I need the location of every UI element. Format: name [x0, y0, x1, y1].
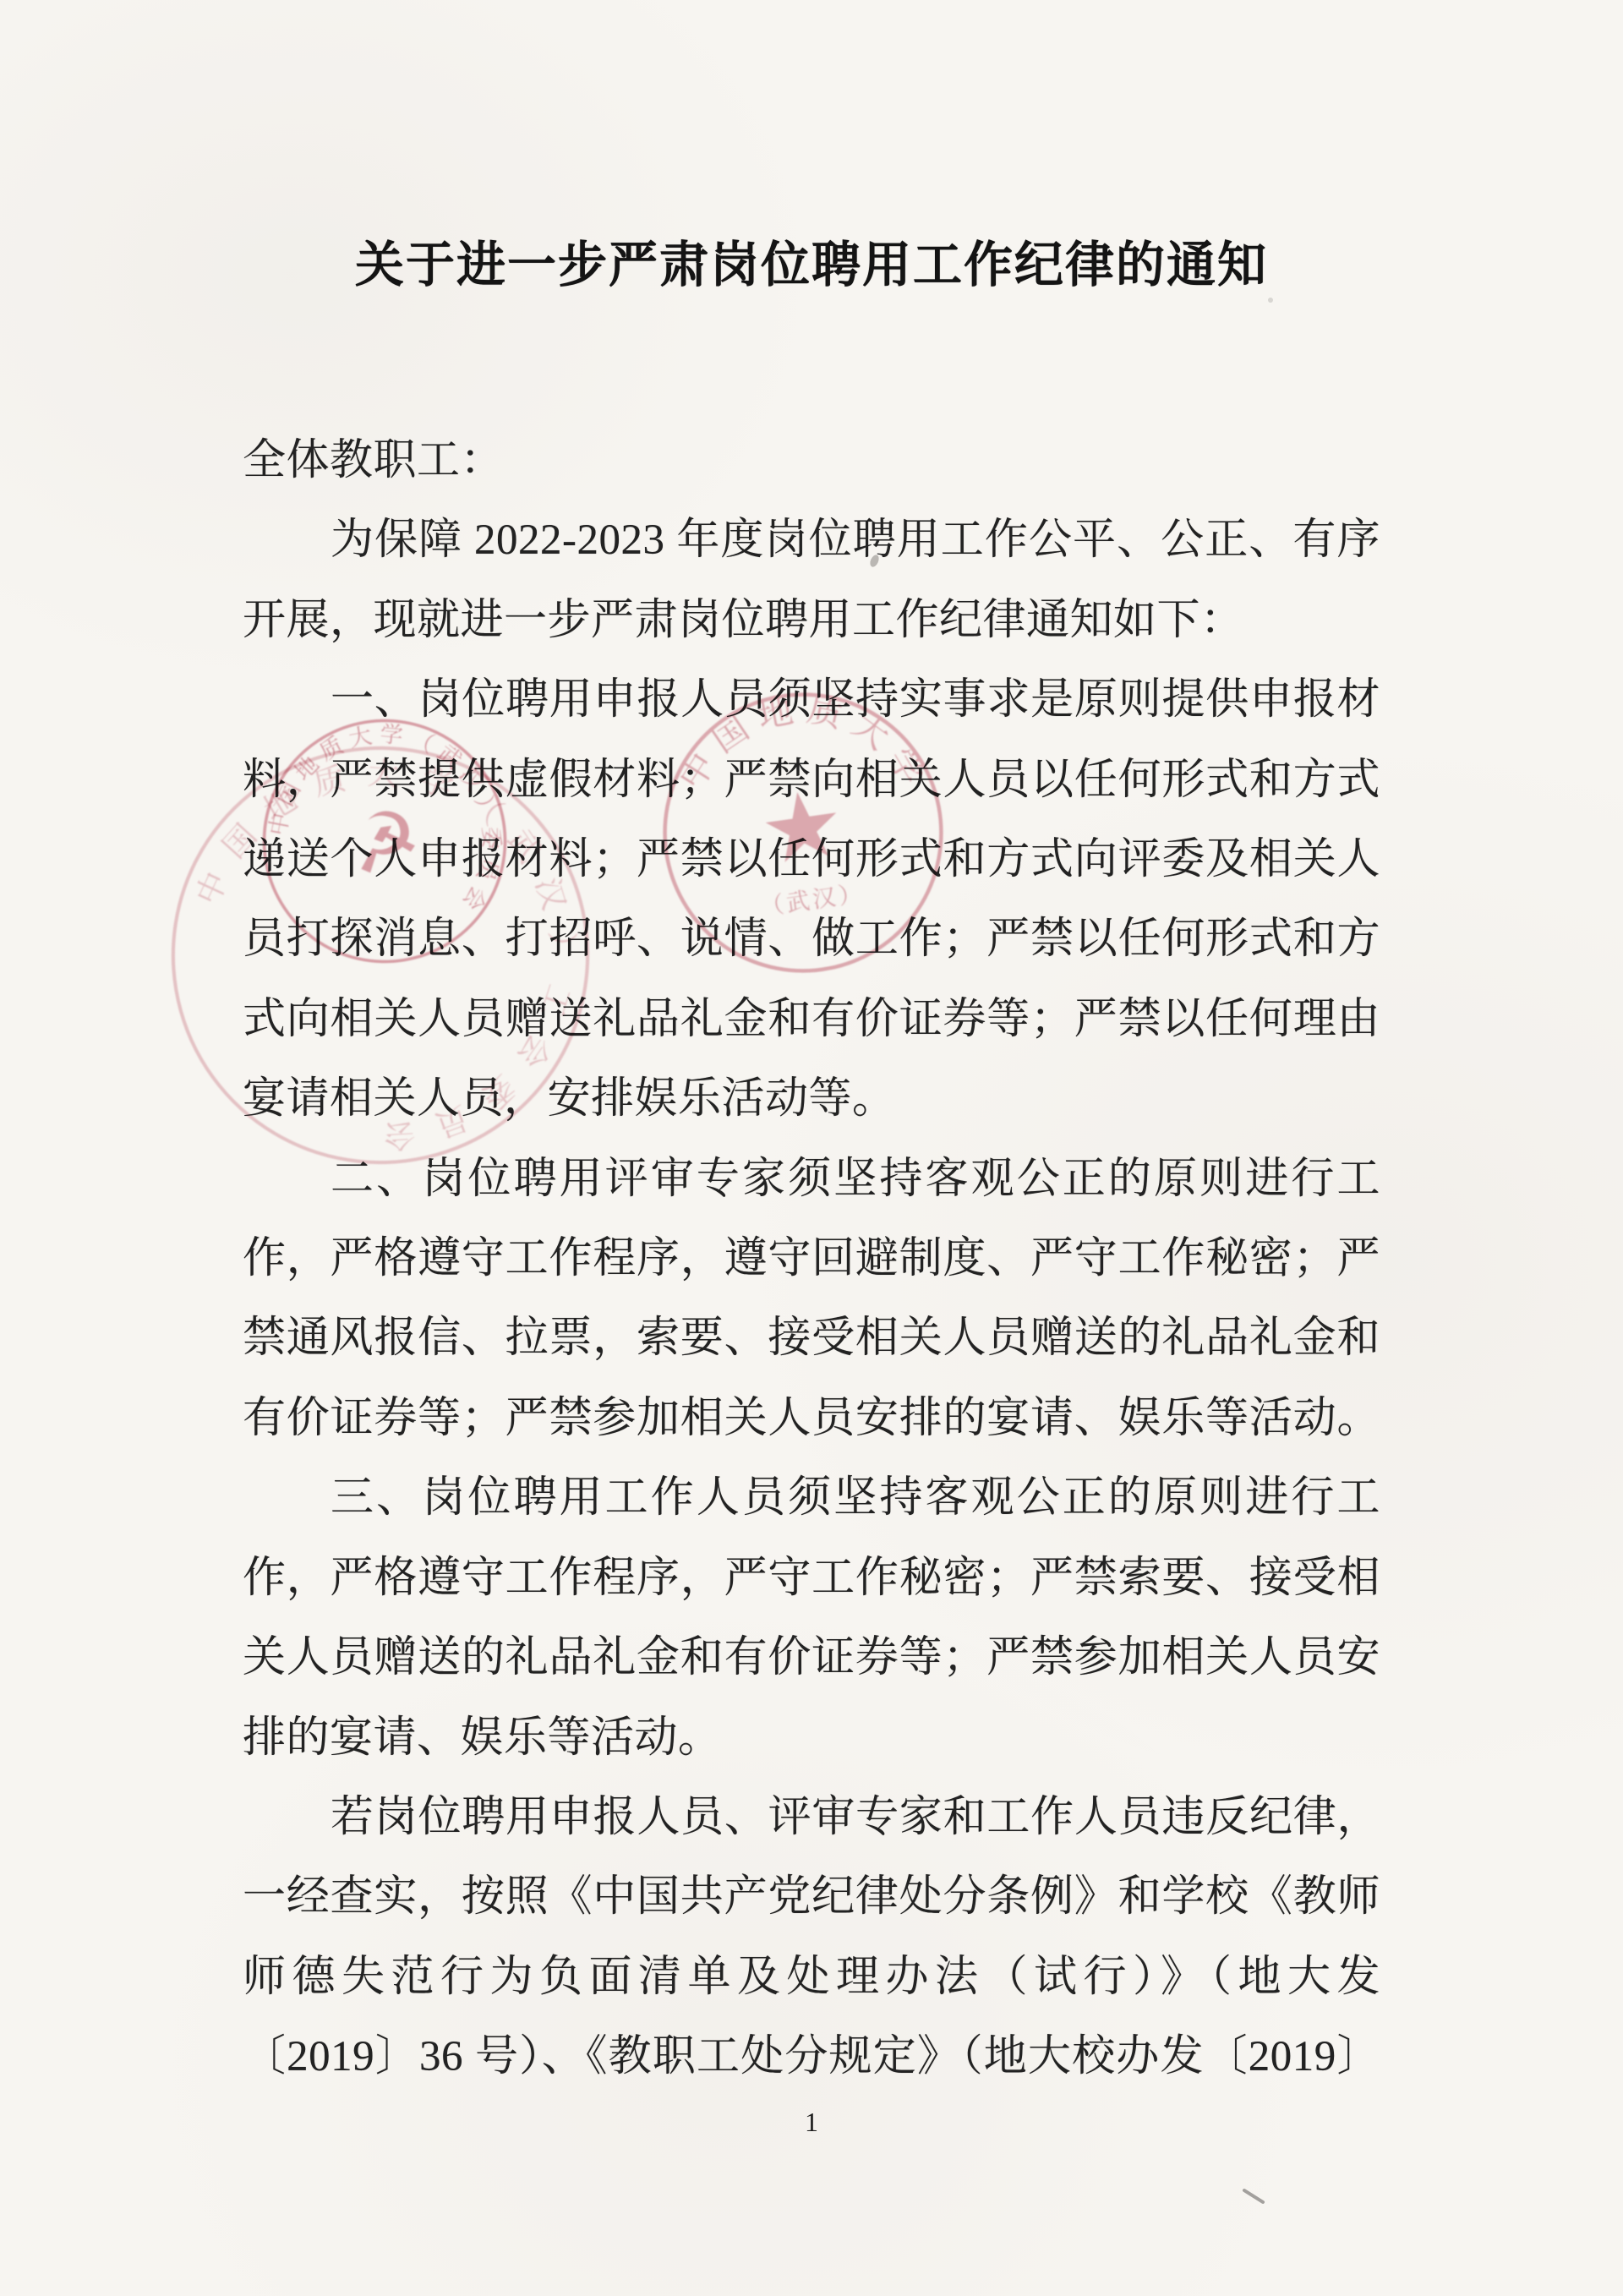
text-line: 作，严格遵守工作程序，严守工作秘密；严禁索要、接受相 [243, 1539, 1380, 1618]
text-line: 开展，现就进一步严肃岗位聘用工作纪律通知如下： [243, 581, 1380, 660]
text-line: 宴请相关人员，安排娱乐活动等。 [243, 1059, 1380, 1139]
text-line: 有价证券等；严禁参加相关人员安排的宴请、娱乐等活动。 [243, 1379, 1380, 1458]
document-body: 全体教职工：为保障 2022-2023 年度岗位聘用工作公平、公正、有序开展，现… [243, 421, 1380, 2097]
text-line: 料，严禁提供虚假材料；严禁向相关人员以任何形式和方式 [243, 741, 1380, 820]
text-line: 二、岗位聘用评审专家须坚持客观公正的原则进行工 [243, 1140, 1380, 1219]
text-line: 全体教职工： [243, 421, 1380, 500]
text-line: 〔2019〕36 号）、《教职工处分规定》（地大校办发〔2019〕 [243, 2017, 1380, 2096]
scan-speck [1268, 298, 1273, 303]
text-line: 师德失范行为负面清单及处理办法（试行）》（地大发 [243, 1938, 1380, 2017]
text-line: 关人员赠送的礼品礼金和有价证券等；严禁参加相关人员安 [243, 1618, 1380, 1697]
text-line: 排的宴请、娱乐等活动。 [243, 1698, 1380, 1778]
text-line: 递送个人申报材料；严禁以任何形式和方式向评委及相关人 [243, 820, 1380, 899]
scanned-document-page: { "page": { "title": "关于进一步严肃岗位聘用工作纪律的通知… [0, 0, 1623, 2296]
text-line: 式向相关人员赠送礼品礼金和有价证券等；严禁以任何理由 [243, 980, 1380, 1059]
scan-pen-mark [1242, 2188, 1265, 2204]
text-line: 为保障 2022-2023 年度岗位聘用工作公平、公正、有序 [243, 500, 1380, 580]
document-title: 关于进一步严肃岗位聘用工作纪律的通知 [0, 225, 1623, 296]
text-line: 禁通风报信、拉票，索要、接受相关人员赠送的礼品礼金和 [243, 1298, 1380, 1378]
text-line: 一经查实，按照《中国共产党纪律处分条例》和学校《教师 [243, 1857, 1380, 1937]
text-line: 一、岗位聘用申报人员须坚持实事求是原则提供申报材 [243, 660, 1380, 740]
page-number: 1 [0, 2107, 1623, 2138]
text-line: 作，严格遵守工作程序，遵守回避制度、严守工作秘密；严 [243, 1219, 1380, 1298]
text-line: 员打探消息、打招呼、说情、做工作；严禁以任何形式和方 [243, 899, 1380, 979]
text-line: 若岗位聘用申报人员、评审专家和工作人员违反纪律， [243, 1778, 1380, 1857]
text-line: 三、岗位聘用工作人员须坚持客观公正的原则进行工 [243, 1458, 1380, 1538]
